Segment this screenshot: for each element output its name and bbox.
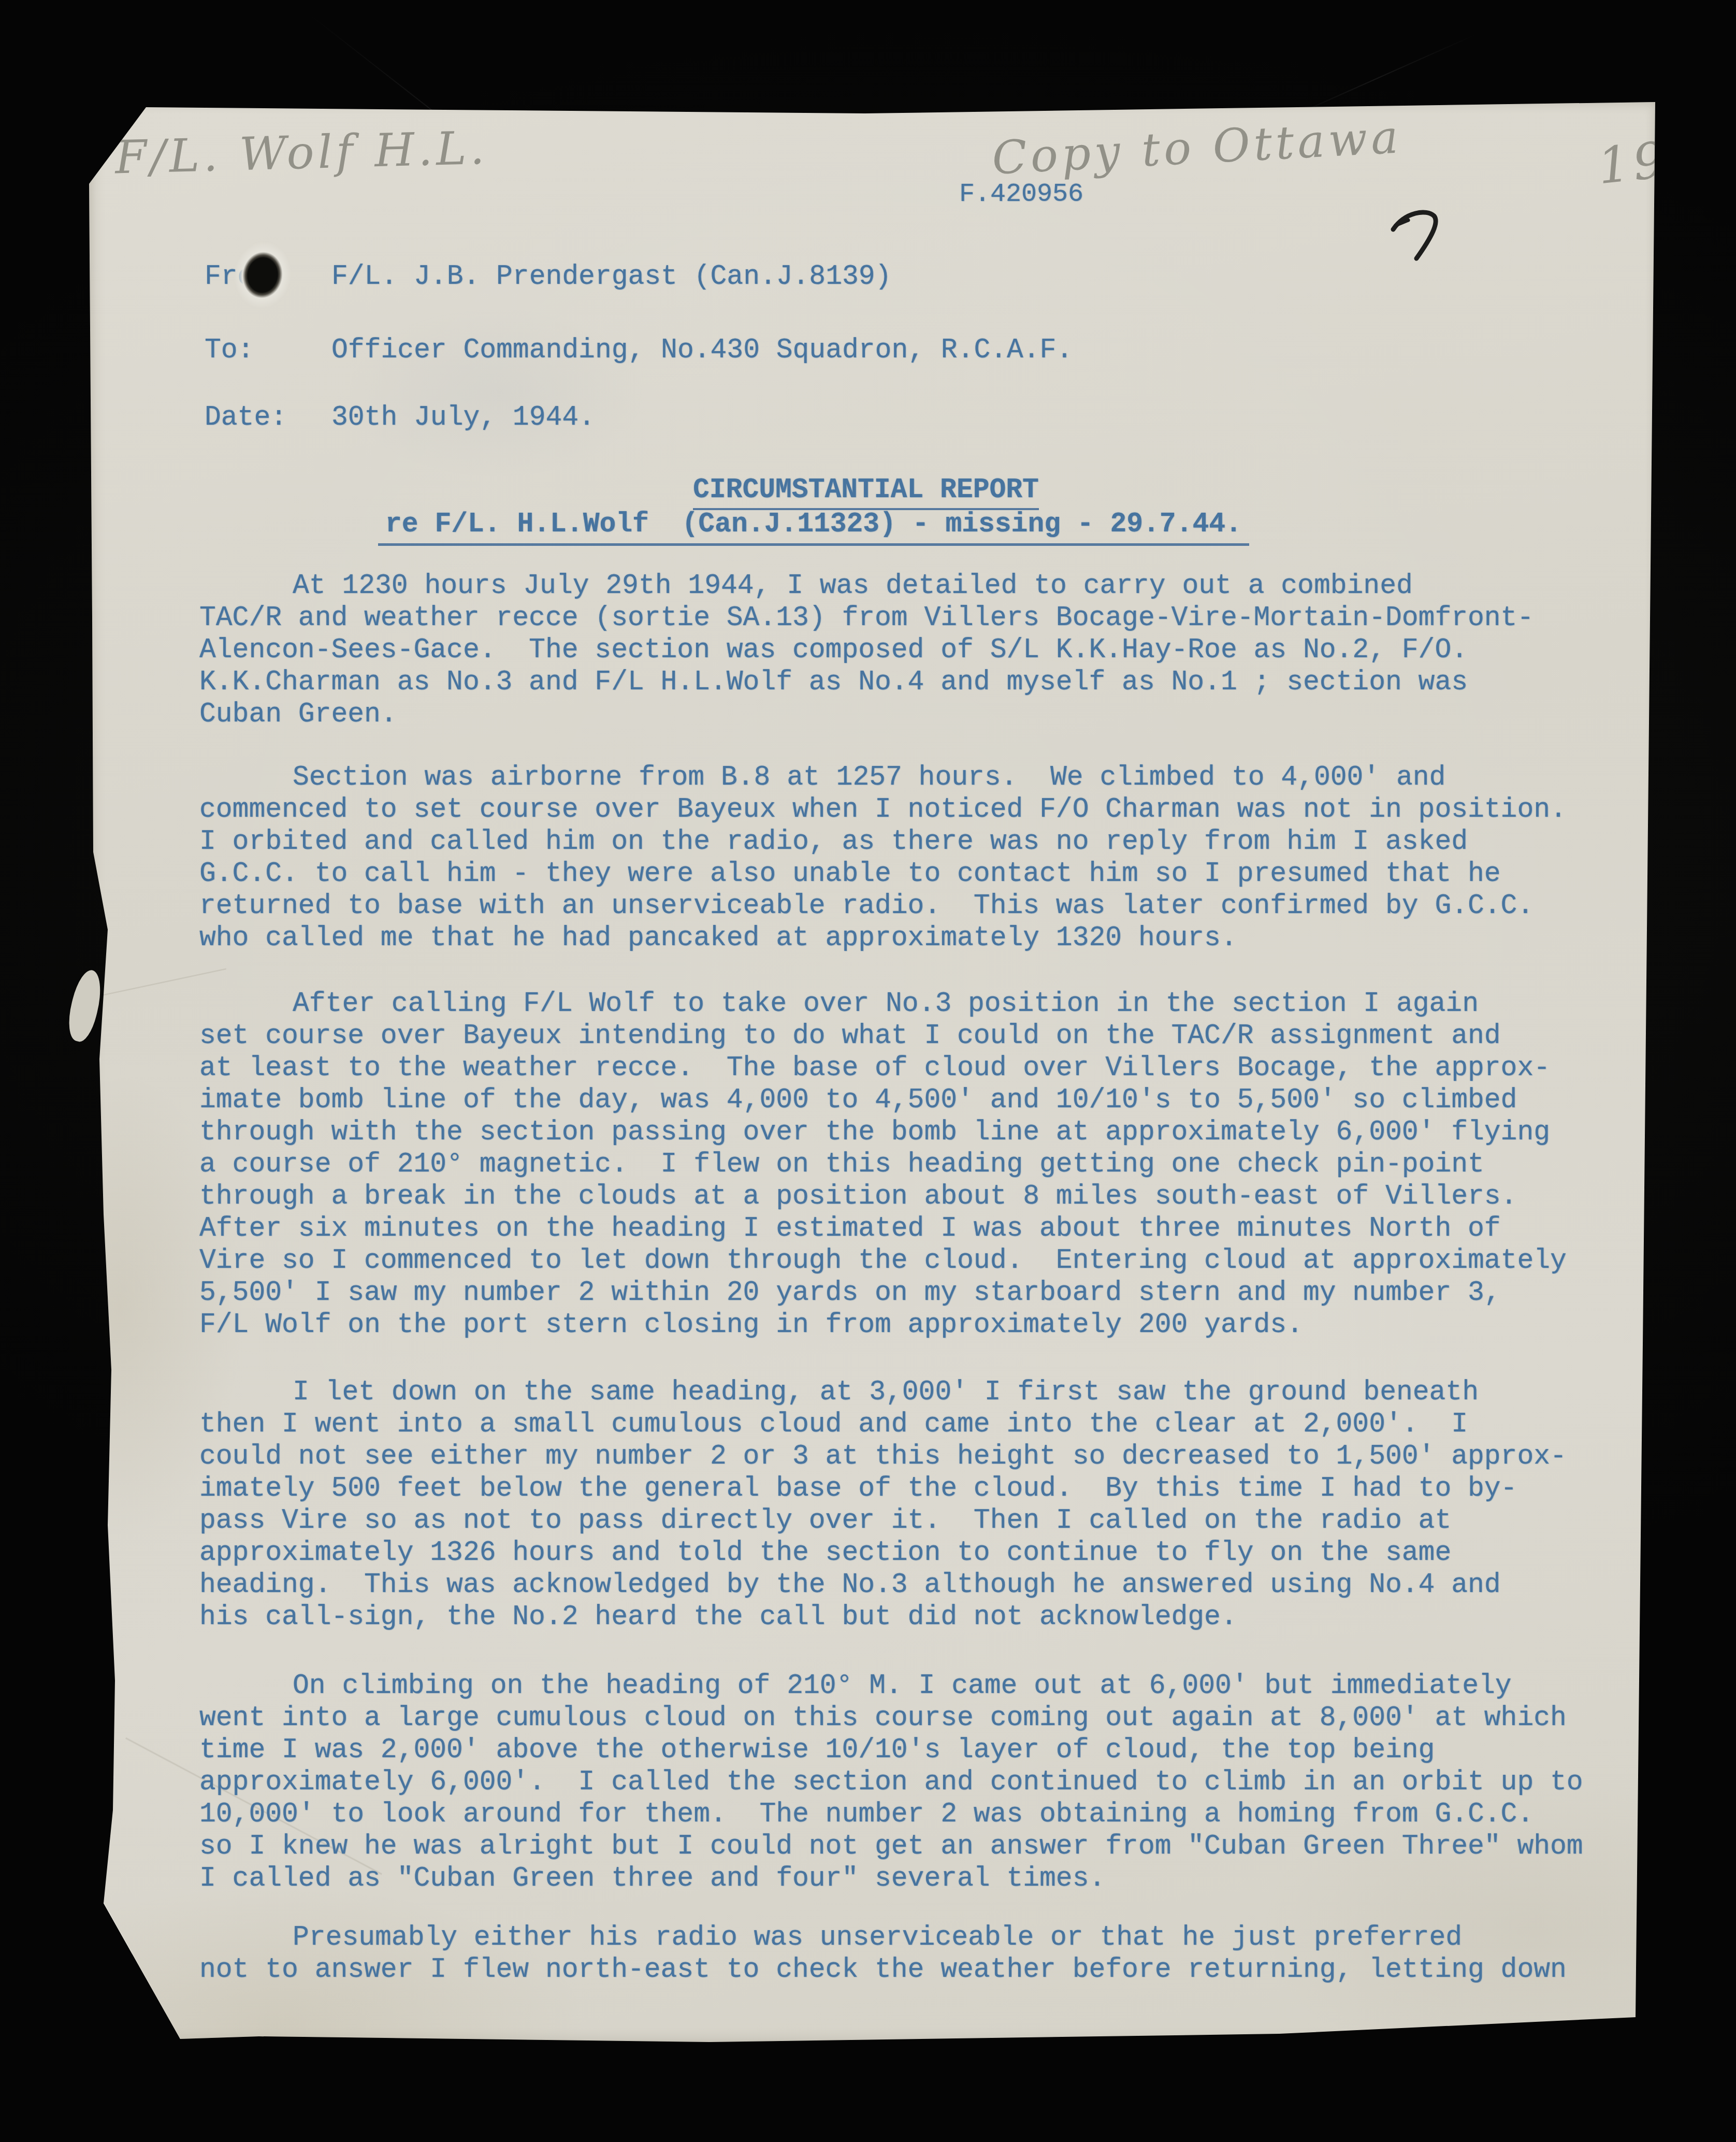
paragraph-4: I let down on the same heading, at 3,000… xyxy=(199,1376,1567,1633)
handwritten-note-date: 19/8 xyxy=(1595,125,1727,196)
paragraph-6: Presumably either his radio was unservic… xyxy=(199,1921,1567,1986)
paragraph-3: After calling F/L Wolf to take over No.3… xyxy=(199,988,1567,1341)
scan-background: F/L. Wolf H.L. Copy to Ottawa 19/8 F.420… xyxy=(0,0,1736,2142)
to-value: Officer Commanding, No.430 Squadron, R.C… xyxy=(331,334,1073,366)
from-value: F/L. J.B. Prendergast (Can.J.8139) xyxy=(331,260,891,293)
paragraph-2: Section was airborne from B.8 at 1257 ho… xyxy=(199,761,1567,954)
handwritten-note-wolf: F/L. Wolf H.L. xyxy=(114,121,489,184)
paragraph-1: At 1230 hours July 29th 1944, I was deta… xyxy=(199,570,1534,730)
folded-corner xyxy=(88,1893,202,2046)
file-number: F.420956 xyxy=(959,179,1083,211)
to-label: To: xyxy=(205,334,254,366)
paragraph-5: On climbing on the heading of 210° M. I … xyxy=(199,1670,1583,1894)
torn-paper-fragment xyxy=(63,967,107,1044)
pen-tick-mark xyxy=(1385,205,1448,267)
date-label: Date: xyxy=(205,401,287,433)
punch-hole xyxy=(230,238,296,312)
paper-sheet: F/L. Wolf H.L. Copy to Ottawa 19/8 F.420… xyxy=(88,101,1657,2046)
date-value: 30th July, 1944. xyxy=(331,401,595,433)
handwritten-note-copy-ottawa: Copy to Ottawa xyxy=(991,110,1403,184)
report-title: CIRCUMSTANTIAL REPORT xyxy=(693,474,1039,510)
report-subtitle: re F/L. H.L.Wolf (Can.J.11323) - missing… xyxy=(378,508,1249,546)
